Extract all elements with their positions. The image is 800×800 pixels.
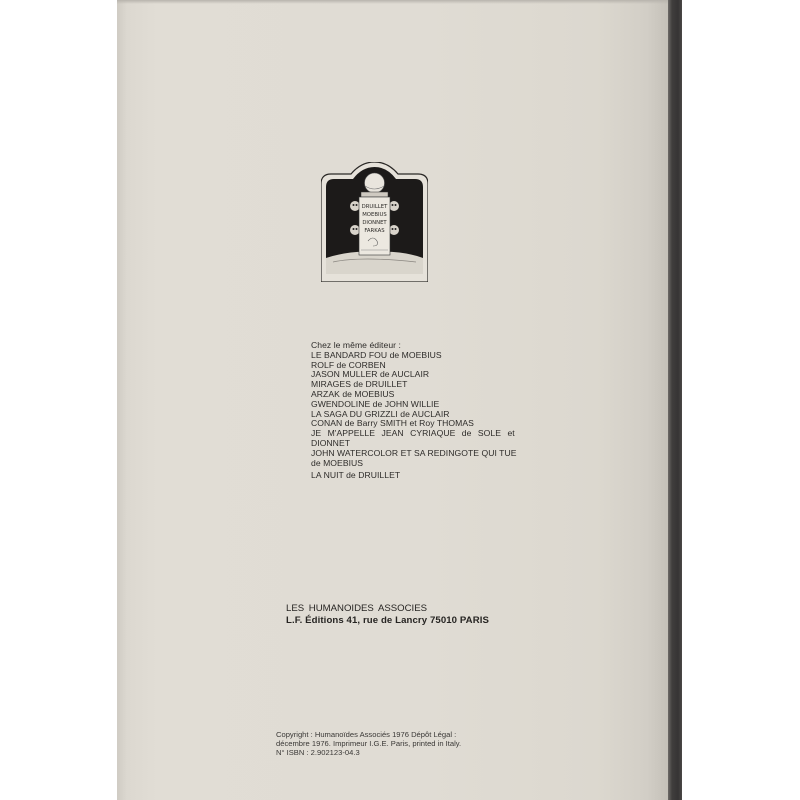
catalog-item-continued: de MOEBIUS [311,459,517,469]
emblem-inscription-3: DIONNET [362,220,387,226]
catalog-list: Chez le même éditeur : LE BANDARD FOU de… [311,341,517,481]
publisher-name: LES HUMANOIDES ASSOCIES [286,603,489,615]
emblem-inscription-1: DRUILLET [362,204,388,210]
publisher-address: L.F. Éditions 41, rue de Lancry 75010 PA… [286,615,489,627]
catalog-item: LA NUIT de DRUILLET [311,471,517,481]
copyright-notice: Copyright : Humanoïdes Associés 1976 Dép… [276,730,461,758]
emblem-inscription-4: FARKAS [364,228,385,234]
tombstone-emblem-illustration: DRUILLET MOEBIUS DIONNET FARKAS [321,162,428,282]
scanned-book-page: DRUILLET MOEBIUS DIONNET FARKAS Chez le … [0,0,800,800]
emblem-inscription-2: MOEBIUS [362,212,387,218]
publisher-info: LES HUMANOIDES ASSOCIES L.F. Éditions 41… [286,603,489,627]
isbn-line: N° ISBN : 2.902123-04.3 [276,748,461,757]
copyright-line: décembre 1976. Imprimeur I.G.E. Paris, p… [276,739,461,748]
book-spine-edge [668,0,682,800]
copyright-line: Copyright : Humanoïdes Associés 1976 Dép… [276,730,461,739]
page-top-edge [117,0,669,4]
